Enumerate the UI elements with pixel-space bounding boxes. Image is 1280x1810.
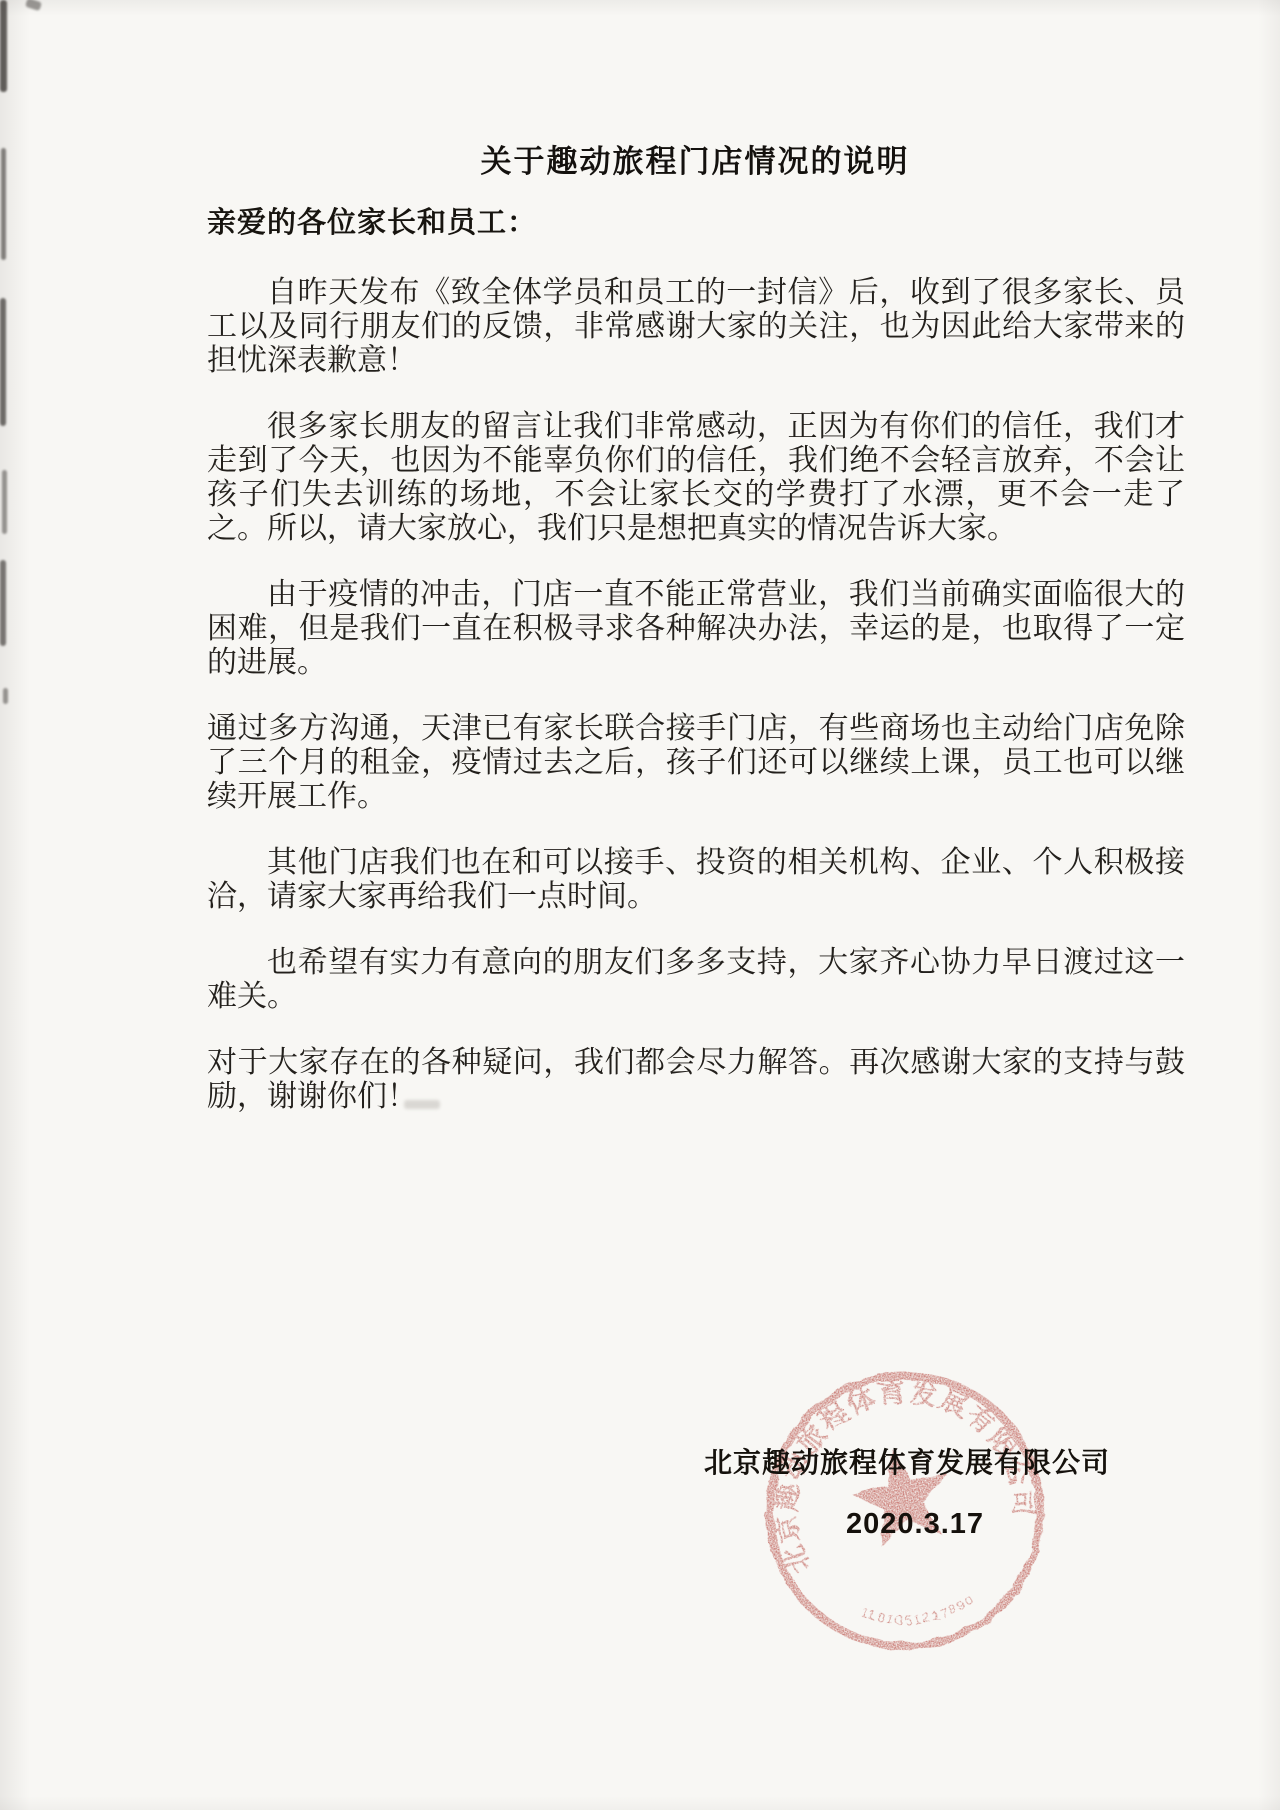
scan-artifact [0, 0, 7, 92]
scan-artifact [3, 688, 8, 704]
letter-paragraph: 对于大家存在的各种疑问，我们都会尽力解答。再次感谢大家的支持与鼓励，谢谢你们！ [207, 1046, 1185, 1114]
scan-artifact [0, 298, 6, 426]
letter-paragraph: 通过多方沟通，天津已有家长联合接手门店，有些商场也主动给门店免除了三个月的租金，… [207, 712, 1185, 814]
scan-artifact [1, 148, 6, 260]
letter-body: 自昨天发布《致全体学员和员工的一封信》后，收到了很多家长、员工以及同行朋友们的反… [207, 276, 1185, 1146]
letter-paragraph: 也希望有实力有意向的朋友们多多支持，大家齐心协力早日渡过这一难关。 [207, 946, 1185, 1014]
letter-paragraph: 很多家长朋友的留言让我们非常感动，正因为有你们的信任，我们才走到了今天，也因为不… [207, 410, 1185, 546]
company-signature: 北京趣动旅程体育发展有限公司 [704, 1441, 1110, 1481]
letter-paragraph: 自昨天发布《致全体学员和员工的一封信》后，收到了很多家长、员工以及同行朋友们的反… [207, 276, 1185, 378]
scan-artifact [2, 470, 7, 534]
signature-date: 2020.3.17 [846, 1508, 984, 1541]
salutation: 亲爱的各位家长和员工： [207, 200, 537, 241]
letter-paragraph: 其他门店我们也在和可以接手、投资的相关机构、企业、个人积极接洽，请家大家再给我们… [207, 846, 1185, 914]
letter-paragraph: 由于疫情的冲击，门店一直不能正常营业，我们当前确实面临很大的困难，但是我们一直在… [207, 578, 1185, 680]
page-title: 关于趣动旅程门店情况的说明 [205, 136, 1185, 181]
scan-artifact [404, 1100, 440, 1109]
scan-artifact [0, 560, 6, 646]
scanned-letter-page: 关于趣动旅程门店情况的说明 亲爱的各位家长和员工： 自昨天发布《致全体学员和员工… [0, 0, 1280, 1810]
scan-artifact [25, 0, 42, 11]
